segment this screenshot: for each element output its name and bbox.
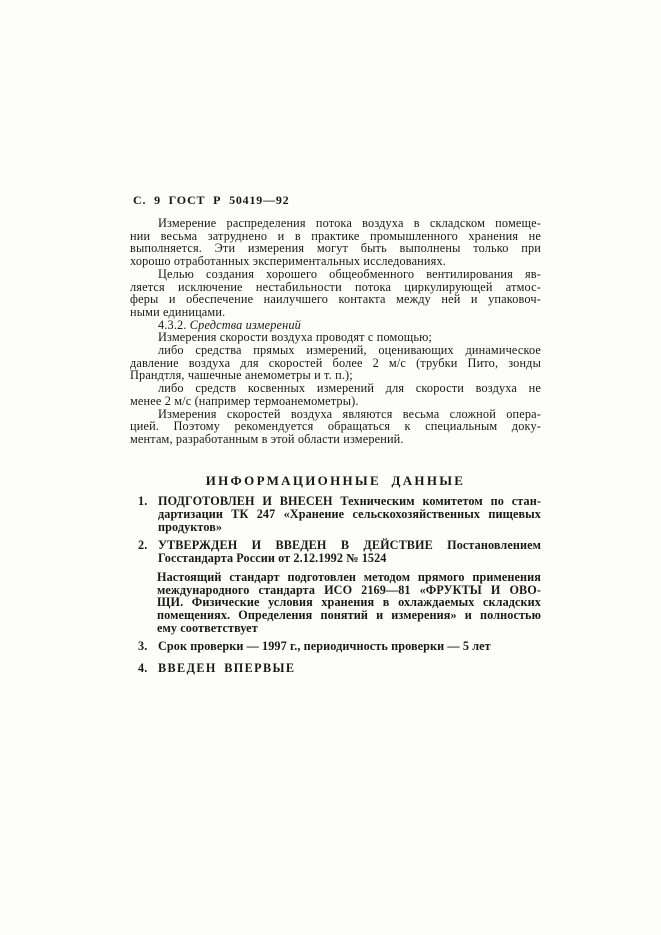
body-text: Измерение распределения потока воздуха в… — [130, 217, 541, 446]
item-number: 4. — [132, 662, 158, 675]
item-number: 3. — [132, 640, 158, 653]
info-note: Настоящий стандарт подготовлен методом п… — [157, 571, 541, 635]
info-item: 3.Срок проверки — 1997 г., периодичность… — [132, 640, 541, 653]
text-line: Настоящий стандарт подготовлен методом п… — [157, 571, 541, 584]
item-content: ПОДГОТОВЛЕН И ВНЕСЕН Техническим комитет… — [158, 495, 541, 534]
info-item: 1.ПОДГОТОВЛЕН И ВНЕСЕН Техническим комит… — [132, 495, 541, 534]
document-page: С. 9 ГОСТ Р 50419—92 Измерение распредел… — [0, 0, 661, 935]
text-line: помещениях. Определения понятий и измере… — [157, 609, 541, 622]
item-content: УТВЕРЖДЕН И ВВЕДЕН В ДЕЙСТВИЕ Постановле… — [158, 539, 541, 565]
item-number: 1. — [132, 495, 158, 534]
item-content: Срок проверки — 1997 г., периодичность п… — [158, 640, 541, 653]
para-complexity: Измерения скоростей воздуха являются вес… — [130, 408, 541, 446]
info-list: 1.ПОДГОТОВЛЕН И ВНЕСЕН Техническим комит… — [132, 495, 541, 680]
para-ventilation-goal: Целью создания хорошего общеобменного ве… — [130, 268, 541, 319]
info-item: 4.ВВЕДЕН ВПЕРВЫЕ — [132, 662, 541, 675]
text-line: ВВЕДЕН ВПЕРВЫЕ — [158, 662, 541, 675]
text-line: Срок проверки — 1997 г., периодичность п… — [158, 640, 541, 653]
text-line: Измерение распределения потока воздуха в… — [130, 217, 541, 230]
document-body: { "colors": { "ink": "#1a1817", "paper":… — [0, 0, 661, 935]
text-line: либо средства прямых измерений, оцениваю… — [130, 344, 541, 357]
item-number: 2. — [132, 539, 158, 565]
text-line: Госстандарта России от 2.12.1992 № 1524 — [158, 552, 541, 565]
text-line: либо средств косвенных измерений для ско… — [130, 382, 541, 395]
item-content: Настоящий стандарт подготовлен методом п… — [157, 571, 541, 635]
para-indirect-means: либо средств косвенных измерений для ско… — [130, 382, 541, 407]
page-header: С. 9 ГОСТ Р 50419—92 — [133, 193, 289, 208]
text-line: менее 2 м/с (например термоанемометры). — [130, 395, 541, 408]
para-direct-means: либо средства прямых измерений, оцениваю… — [130, 344, 541, 382]
text-line: Целью создания хорошего общеобменного ве… — [130, 268, 541, 281]
item-content: ВВЕДЕН ВПЕРВЫЕ — [158, 662, 541, 675]
text-line: хорошо отработанных экспериментальных ис… — [130, 255, 541, 268]
text-line: ему соответствует — [157, 622, 541, 635]
info-item: 2.УТВЕРЖДЕН И ВВЕДЕН В ДЕЙСТВИЕ Постанов… — [132, 539, 541, 565]
text-line: продуктов» — [158, 521, 541, 534]
para-airflow-measurement: Измерение распределения потока воздуха в… — [130, 217, 541, 268]
text-line: ментам, разработанным в этой области изм… — [130, 433, 541, 446]
info-section-heading: ИНФОРМАЦИОННЫЕ ДАННЫЕ — [130, 473, 541, 489]
